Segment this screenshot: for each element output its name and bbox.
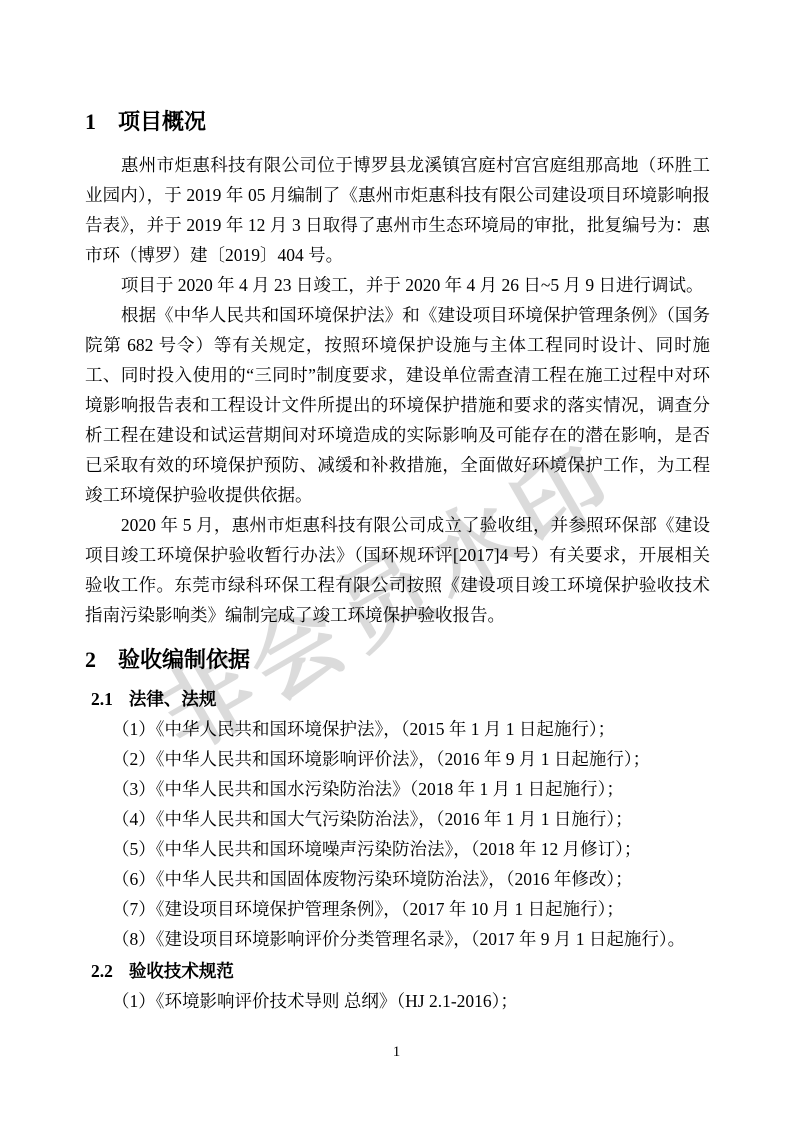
paragraph: 项目于 2020 年 4 月 23 日竣工，并于 2020 年 4 月 26 日… [85,270,710,300]
section-2-title: 验收编制依据 [118,644,250,676]
list-item: （6）《中华人民共和国固体废物污染环境防治法》，（2016 年修改）； [85,864,710,894]
list-item: （1）《中华人民共和国环境保护法》，（2015 年 1 月 1 日起施行）； [85,714,710,744]
section-2-1-heading: 2.1 法律、法规 [91,684,710,714]
paragraph: 2020 年 5 月，惠州市炬惠科技有限公司成立了验收组，并参照环保部《建设项目… [85,510,710,630]
document-page: 非会员水印 1 项目概况 惠州市炬惠科技有限公司位于博罗县龙溪镇宫庭村宫宫庭组那… [0,0,793,1122]
list-item: （7）《建设项目环境保护管理条例》，（2017 年 10 月 1 日起施行）； [85,894,710,924]
section-2-1-number: 2.1 [91,684,113,714]
section-2-2-heading: 2.2 验收技术规范 [91,956,710,986]
list-item: （2）《中华人民共和国环境影响评价法》，（2016 年 9 月 1 日起施行）； [85,744,710,774]
list-item: （5）《中华人民共和国环境噪声污染防治法》，（2018 年 12 月修订）； [85,834,710,864]
list-item: （3）《中华人民共和国水污染防治法》（2018 年 1 月 1 日起施行）； [85,774,710,804]
paragraph: 根据《中华人民共和国环境保护法》和《建设项目环境保护管理条例》（国务院第 682… [85,300,710,510]
section-2-number: 2 [85,644,96,676]
list-item: （4）《中华人民共和国大气污染防治法》，（2016 年 1 月 1 日施行）； [85,804,710,834]
section-2-2-number: 2.2 [91,956,113,986]
section-1-heading: 1 项目概况 [85,106,710,138]
page-number: 1 [0,1042,793,1062]
section-2-heading: 2 验收编制依据 [85,644,710,676]
section-1-number: 1 [85,106,96,138]
section-2-2-title: 验收技术规范 [129,956,234,986]
section-2-1-title: 法律、法规 [129,684,217,714]
section-1-title: 项目概况 [118,106,206,138]
list-item: （1）《环境影响评价技术导则 总纲》（HJ 2.1-2016）； [85,986,710,1016]
paragraph: 惠州市炬惠科技有限公司位于博罗县龙溪镇宫庭村宫宫庭组那高地（环胜工业园内），于 … [85,150,710,270]
document-content: 1 项目概况 惠州市炬惠科技有限公司位于博罗县龙溪镇宫庭村宫宫庭组那高地（环胜工… [85,106,710,1016]
list-item: （8）《建设项目环境影响评价分类管理名录》，（2017 年 9 月 1 日起施行… [85,924,710,954]
